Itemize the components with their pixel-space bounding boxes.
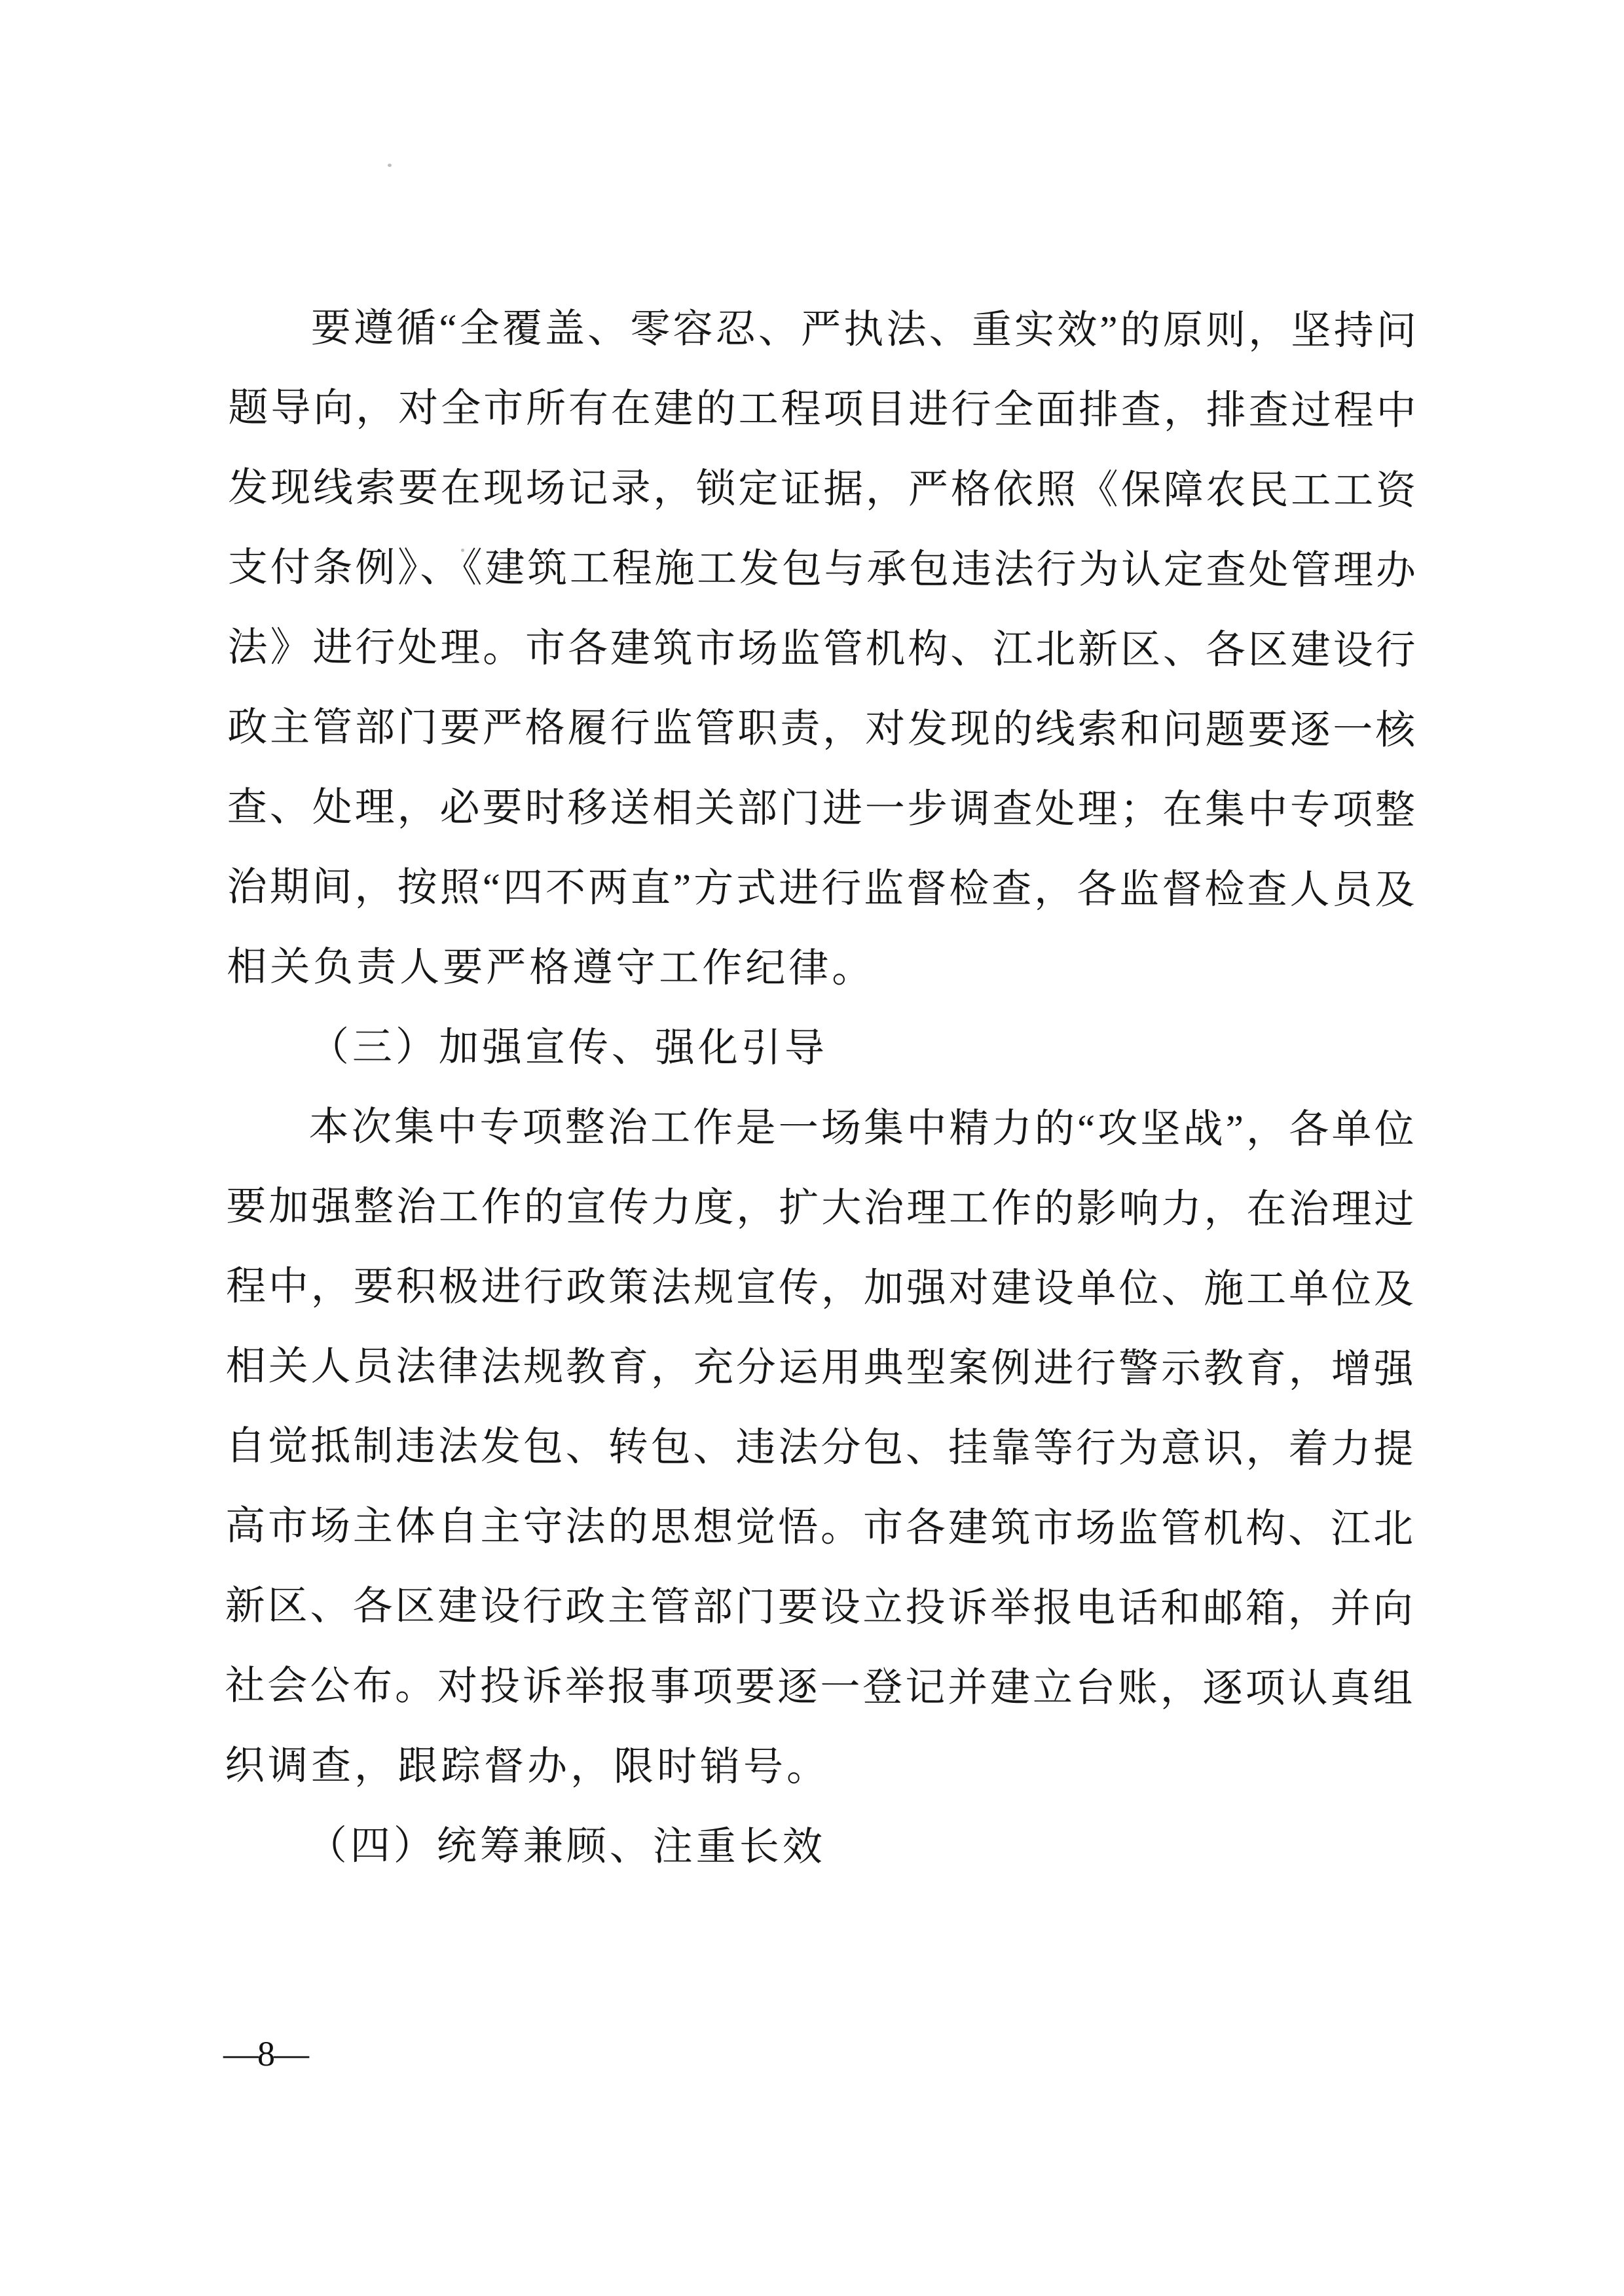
text-line: 政主管部门要严格履行监管职责，对发现的线索和问题要逐一核 (227, 688, 1415, 771)
text-line: 程中，要积极进行政策法规宣传，加强对建设单位、施工单位及 (226, 1247, 1414, 1330)
section-heading: （四）统筹兼顾、注重长效 (225, 1806, 1412, 1889)
scan-speck (388, 164, 392, 167)
text-line: 社会公布。对投诉举报事项要逐一登记并建立台账，逐项认真组 (225, 1647, 1412, 1730)
page-number: —8— (223, 2036, 308, 2071)
text-line: 支付条例》、《建筑工程施工发包与承包违法行为认定查处管理办 (228, 528, 1416, 611)
text-line: 新区、各区建设行政主管部门要设立投诉举报电话和邮箱，并向 (225, 1567, 1413, 1650)
document-body: 要遵循“全覆盖、零容忍、严执法、重实效”的原则，坚持问题导向，对全市所有在建的工… (225, 289, 1416, 1889)
text-line: 要加强整治工作的宣传力度，扩大治理工作的影响力，在治理过 (226, 1167, 1414, 1250)
text-line: 题导向，对全市所有在建的工程项目进行全面排查，排查过程中 (228, 369, 1416, 452)
text-line: 自觉抵制违法发包、转包、违法分包、挂靠等行为意识，着力提 (225, 1407, 1413, 1490)
text-line: 高市场主体自主守法的思想觉悟。市各建筑市场监管机构、江北 (225, 1487, 1413, 1570)
text-line: 法》进行处理。市各建筑市场监管机构、江北新区、各区建设行 (227, 608, 1415, 691)
document-page: 要遵循“全覆盖、零容忍、严执法、重实效”的原则，坚持问题导向，对全市所有在建的工… (0, 0, 1624, 2296)
text-line: 相关人员法律法规教育，充分运用典型案例进行警示教育，增强 (226, 1327, 1414, 1410)
section-heading: （三）加强宣传、强化引导 (227, 1008, 1414, 1091)
text-line: 相关负责人要严格遵守工作纪律。 (227, 928, 1414, 1011)
text-line: 发现线索要在现场记录，锁定证据，严格依照《保障农民工工资 (228, 448, 1416, 532)
text-line: 查、处理，必要时移送相关部门进一步调查处理；在集中专项整 (227, 768, 1415, 851)
text-line: 要遵循“全覆盖、零容忍、严执法、重实效”的原则，坚持问 (229, 289, 1416, 372)
text-line: 织调查，跟踪督办，限时销号。 (225, 1726, 1412, 1810)
text-line: 治期间，按照“四不两直”方式进行监督检查，各监督检查人员及 (227, 848, 1414, 931)
text-line: 本次集中专项整治工作是一场集中精力的“攻坚战”，各单位 (226, 1087, 1414, 1171)
